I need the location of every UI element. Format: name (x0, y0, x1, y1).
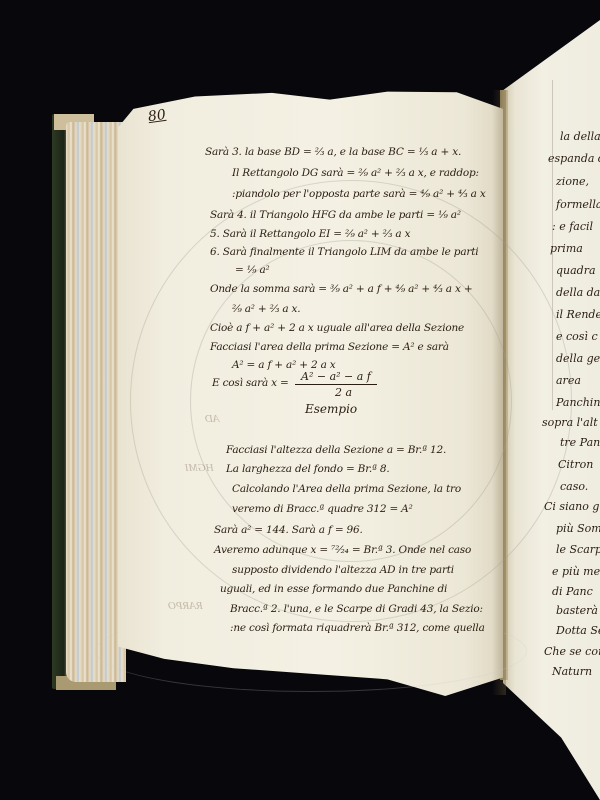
text-line: Naturn (552, 665, 592, 678)
text-line: zione, (556, 175, 589, 188)
text-line: veremo di Bracc.ª quadre 312 = A² (232, 503, 413, 515)
fraction-numerator: A² − a² − a f (295, 370, 377, 385)
text-line: e così c (556, 330, 598, 343)
text-line: di Panc (552, 585, 593, 598)
text-line: Onde la somma sarà = ³⁄₉ a² + a f + ⁴⁄₉ … (210, 283, 472, 295)
text-line: Bracc.ª 2. l'una, e le Scarpe di Gradi 4… (230, 603, 483, 615)
text-line: e più me (552, 565, 600, 578)
text-line: = ¹⁄₉ a² (235, 264, 270, 276)
text-line: caso. (560, 480, 588, 493)
text-line: le Scarp (556, 543, 600, 556)
text-line: più Som (556, 522, 600, 535)
text-line: :ne così formata riquadrerà Br.ª 312, co… (230, 622, 485, 634)
text-line: 6. Sarà finalmente il Triangolo LIM da a… (210, 246, 478, 258)
text-line: della ge (556, 352, 600, 365)
manuscript-photo: AD HGMI RARPO 80 Sarà 3. la base BD = ²⁄… (0, 0, 600, 800)
text-line: Averemo adunque x = ⁷²⁄₂₄ = Br.ª 3. Onde… (214, 544, 471, 556)
text-line: Dotta Se (556, 624, 600, 637)
text-line: Sarà a² = 144. Sarà a f = 96. (214, 524, 363, 536)
text-line: E così sarà x = (212, 377, 289, 389)
text-line: supposto dividendo l'altezza AD in tre p… (232, 564, 454, 576)
text-line: tre Pan (560, 436, 600, 449)
text-line: La larghezza del fondo = Br.ª 8. (226, 463, 390, 475)
text-line: della da (556, 286, 600, 299)
section-heading: Esempio (305, 402, 357, 416)
text-line: espanda da (548, 152, 600, 165)
text-line: Il Rettangolo DG sarà = ²⁄₉ a² + ²⁄₃ a x… (232, 167, 479, 179)
text-line: Facciasi l'area della prima Sezione = A²… (210, 341, 449, 353)
text-line: sopra l'alt (542, 416, 598, 429)
text-line: Citron (558, 458, 593, 471)
text-line: quadra (556, 264, 596, 277)
text-line: area (556, 374, 581, 387)
page-number: 80 (147, 107, 167, 125)
text-line: Sarà 3. la base BD = ²⁄₃ a, e la base BC… (205, 146, 461, 158)
text-line: Sarà 4. il Triangolo HFG da ambe le part… (210, 209, 461, 221)
fraction-denominator: 2 a (335, 386, 352, 399)
text-line: basterà (556, 604, 598, 617)
text-line: ²⁄₉ a² + ²⁄₃ a x. (232, 303, 300, 315)
bleed-through-text: HGMI (185, 462, 214, 474)
text-line: il Rende (556, 308, 600, 321)
bleed-through-text: AD (205, 413, 220, 425)
text-line: :piandolo per l'opposta parte sarà = ⁴⁄₉… (232, 188, 486, 200)
text-line: la della (560, 130, 600, 143)
text-line: Calcolando l'Area della prima Sezione, l… (232, 483, 461, 495)
text-line: 5. Sarà il Rettangolo EI = ²⁄₉ a² + ²⁄₃ … (210, 228, 410, 240)
text-line: Facciasi l'altezza della Sezione a = Br.… (226, 444, 446, 456)
text-line: prima (550, 242, 583, 255)
text-line: Panchin (556, 396, 600, 409)
text-line: Cioè a f + a² + 2 a x uguale all'area de… (210, 322, 464, 334)
text-line: : e facil (552, 220, 593, 233)
text-line: Che se con (544, 645, 600, 658)
page-block-edges (66, 122, 126, 682)
text-line: uguali, ed in esse formando due Panchine… (220, 583, 447, 595)
bleed-through-text: RARPO (168, 600, 203, 612)
text-line: Ci siano g (544, 500, 599, 513)
text-line: formella (556, 198, 600, 211)
